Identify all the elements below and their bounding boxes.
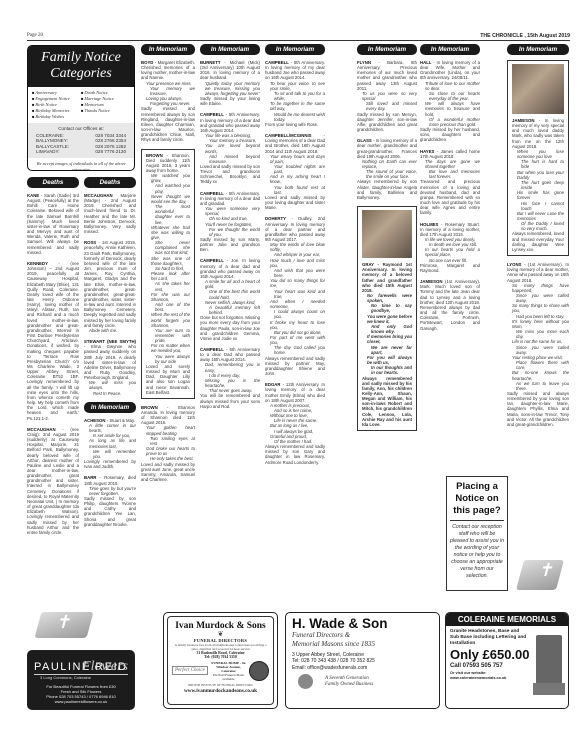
- verse-line: Your weary hours and days of pain,: [265, 154, 325, 164]
- verse-line: A beautiful memory left behind.: [200, 305, 260, 315]
- notice-signoff: Sadly missed by son Mervyn, daughter Jen…: [357, 112, 417, 133]
- verse-line: And watched you play,: [146, 183, 190, 193]
- notice-entry: HALL - In loving memory of a dear Wife, …: [420, 60, 480, 143]
- verse-line: Please look after her Lord,: [146, 271, 190, 281]
- verse-line: As long as life and memories last,: [84, 438, 136, 448]
- header-rule: [27, 40, 570, 41]
- verse-line: You did so many things for me,: [265, 278, 325, 288]
- verse-line: His face I cannot touch: [512, 201, 564, 211]
- family-notice-categories-box: Family Notice Categories AnniversaryDeat…: [27, 45, 135, 171]
- verse-line: I could always count on you.: [265, 309, 325, 319]
- notice-signoff: Gone but not forgotten. Missing you more…: [200, 315, 260, 341]
- verse-line: And one of the best.: [146, 302, 190, 312]
- notice-signoff: Sadly missed by son Philip, daughters Yv…: [84, 496, 136, 527]
- section-header-in-memoriam: In Memoriam: [265, 44, 325, 55]
- memoriam-column-4: In Memoriam BURNETT - Michael (Mick) (3r…: [200, 44, 260, 609]
- verse-line: We are never far apart,: [362, 345, 412, 355]
- deaths-column-1: Deaths KANE - Sarah (Sadie) 3rd August. …: [27, 177, 79, 541]
- memorials-title: COLERAINE MEMORIALS: [446, 613, 568, 626]
- notice-entry: ACHESON - Stuart & May.A little corner i…: [84, 418, 136, 470]
- verse-line: The day God called you home.: [265, 345, 325, 355]
- verse-line: You were someone very special,: [200, 206, 260, 216]
- verse-line: We will remember you.: [84, 449, 136, 459]
- notice-signoff: You will be remembered and always missed…: [200, 393, 260, 408]
- notice-entry: KANE - Sarah (Sadie) 3rd August. (Peacef…: [27, 193, 79, 255]
- headstone-base-image: [533, 683, 565, 695]
- notice-entry: JAMIESON (1st Anniversary). Mark. Much l…: [420, 279, 480, 331]
- jamieson-memorial-box: JAMIESON - In loving memory of my very s…: [507, 60, 569, 256]
- notice-entry: BROWN - Shannon Amanda. In loving memory…: [141, 405, 195, 482]
- verse-line: God broke our hearts to prove to us: [141, 446, 195, 456]
- verse-line: Nothing on Earth can ever replace,: [357, 159, 417, 169]
- category-list: AnniversaryDeath NoticeEngagement Notice…: [28, 87, 134, 123]
- memoriam-column-3: In Memoriam BOYD - Margaret Elizabeth. C…: [141, 44, 195, 609]
- flowers-script: Flowers: [82, 659, 128, 675]
- verse-line: A little corner in our hearts,: [84, 423, 136, 433]
- verse-line: For we thought the world of you.: [200, 227, 260, 237]
- memorial-photo: [362, 210, 412, 258]
- verse-line: Tribute of love to our mother so dear.: [420, 81, 480, 91]
- placing-notice-box: Placing a Notice on this page? Contact o…: [446, 476, 508, 591]
- verse-line: His smile has gone forever: [512, 190, 564, 200]
- verse-line: Of the Daddy I loved so very much.: [512, 221, 564, 231]
- verse-line: For she was our Shannon,: [146, 292, 190, 302]
- section-header-in-memoriam: In Memoriam: [200, 44, 260, 55]
- verse-line: For part of me went with you,: [265, 335, 325, 345]
- deaths-column-2: Deaths MCCAUGHAN Marjorie (Madge) - 2nd …: [84, 177, 136, 647]
- verse-line: Of a wonderful mother more precious than…: [420, 117, 480, 127]
- images-accepted-note: We accept images of individuals in all o…: [28, 158, 134, 171]
- verse-line: How much I love and miss you,: [265, 258, 325, 268]
- verse-line: Life is not the same for us,: [507, 339, 569, 344]
- coleraine-memorials-ad[interactable]: COLERAINE MEMORIALS Granite Headstones, …: [445, 612, 569, 709]
- notice-signoff: Primrose, Margaret and Raymond.: [420, 263, 480, 273]
- verse-line: But love and memories last forever.: [420, 169, 480, 179]
- notice-signoff: Always remembered and sadly missed by pa…: [265, 356, 325, 377]
- notice-entry: BURNETT - Michael (Mick) (3rd Anniversar…: [200, 60, 260, 106]
- categories-title: Family Notice Categories: [28, 46, 134, 87]
- notice-entry: CAMPBELL - 5th Anniversary. In loving me…: [265, 60, 325, 127]
- notice-entry: LYONS - (1st Anniversary). In loving mem…: [507, 262, 569, 427]
- verse-line: Abide with me.: [84, 328, 136, 333]
- verse-line: For no matter when we needed you,: [146, 343, 190, 353]
- notice-entry: STEWART (NEE SMYTH) - Elma Gwynne who pa…: [84, 339, 136, 396]
- verse-line: You were always by our side: [146, 354, 190, 364]
- publication-dateline: THE CHRONICLE , 15th August 2019: [480, 33, 570, 39]
- notice-entry: CAMPBELL - 5th Anniversary. In loving me…: [200, 191, 260, 253]
- notice-signoff: From your loving wife Rose.: [265, 122, 325, 127]
- wade-email[interactable]: Email: office@wadesfunerals.com: [292, 665, 433, 671]
- verse-line: In our hearts you hold a special place,: [420, 247, 480, 257]
- notice-signoff: Sadly missed and always remembered by yo…: [507, 391, 569, 427]
- ornament-icon: ❦: [168, 631, 273, 638]
- verse-line: We miss you more each day,: [507, 329, 569, 339]
- verse-line: It broke my heart to lose you,: [265, 320, 325, 330]
- category-item: Thanks Notice: [81, 108, 130, 114]
- section-header-in-memoriam: In Memoriam: [84, 402, 136, 413]
- gray-memorial-box: GRAY - Raymond 1st Anniversary. In lovin…: [357, 206, 417, 431]
- verse-line: 'Quietly today your memory we treasure, …: [200, 81, 260, 96]
- verse-line: And whisper in your ear,: [265, 252, 325, 257]
- memoriam-column-7: In Memoriam HALL - In loving memory of a…: [420, 44, 480, 474]
- notice-signoff: Always remembered by son Alister, daught…: [357, 179, 417, 200]
- verse-line: It's lonely here without you Mum,: [507, 319, 569, 329]
- verse-line: The hurt goes deep inside: [512, 180, 564, 190]
- verse-line: Missing you is the heartache,: [200, 378, 260, 388]
- notice-entry: CAMPBELL - 5th Anniversary. In loving me…: [200, 112, 260, 184]
- verse-line: Still loved and missed every day.: [357, 101, 417, 111]
- verse-line: So close to our hearts everyday of the y…: [420, 91, 480, 101]
- notice-signoff: Lovingly remembered by Ivan and Judith.: [84, 459, 136, 469]
- bible-illustration: [516, 560, 564, 590]
- verse-line: She never complained she was not that ki…: [146, 240, 190, 255]
- verse-line: Your heart was kind and true,: [265, 289, 325, 299]
- verse-line: No time to say goodbye,: [362, 303, 412, 313]
- verse-line: But no-one knows the heartache,: [507, 370, 569, 380]
- notice-signoff: Always remembered, loved and missed ever…: [512, 231, 564, 252]
- verse-line: Two smiling eyes at rest: [141, 436, 195, 446]
- verse-line: Your troubled nights are past,: [265, 164, 325, 174]
- verse-line: She was one of those daughters,: [146, 256, 190, 266]
- section-header-in-memoriam: In Memoriam: [357, 44, 417, 55]
- wade-seal-icon: [298, 674, 313, 689]
- murdock-website[interactable]: www.ivanmurdockandsons.co.uk: [168, 688, 273, 694]
- verse-line: To be together in the same old way,: [265, 101, 325, 111]
- notice-signoff: Sadly missed by son Marty, partner Julie…: [200, 237, 260, 252]
- memoriam-column-5: In Memoriam CAMPBELL - 5th Anniversary. …: [265, 44, 325, 609]
- verse-line: One of the best this world could hold,: [200, 289, 260, 299]
- notice-entry: KENNEDY - (nee Johnston) – 2nd August 20…: [27, 261, 79, 421]
- section-header-in-memoriam: In Memoriam: [141, 44, 195, 55]
- verse-line: When the rest of the world forgets you S…: [146, 312, 190, 327]
- verse-line: You are loved beyond words,: [200, 143, 260, 153]
- verse-line: As she takes her rest,: [146, 281, 190, 291]
- notice-signoff: Loved and sadly missed by your loving da…: [265, 195, 325, 210]
- bifd-seal-icon: [249, 661, 269, 681]
- verse-line: Whatever she had she was willing to give…: [146, 225, 190, 240]
- verse-line: To us you were so very special: [357, 91, 417, 101]
- verse-line: Since you were called away,: [507, 293, 569, 303]
- verse-line: Your memory we treasure,: [141, 86, 195, 96]
- verse-line: The days are gone we shared together: [420, 159, 480, 169]
- notice-entry: CAMPBELL/MCGINNIS - Loving memories of a…: [265, 133, 325, 210]
- notice-entry: BOYD - Margaret Elizabeth. Cherished mem…: [141, 60, 195, 143]
- verse-line: To hear your voice, to see your smile,: [265, 81, 325, 91]
- office-phone: 028 7776 2130: [95, 149, 126, 155]
- verse-line: He only takes the best.: [141, 456, 195, 461]
- notice-entry: MCCAUGHAN Marjorie (Madge) - 2nd August …: [84, 193, 136, 234]
- verse-line: Since you were called away.: [507, 345, 569, 355]
- notice-signoff: Sadly missed by her husband, sons, daugh…: [420, 127, 480, 142]
- notice-signoff: Sadly missed by your loving wife Elaine.: [200, 96, 260, 106]
- verse-line: Place flowers there with care,: [507, 360, 569, 370]
- verse-line: The most wonderful daughter ever to live…: [146, 204, 190, 225]
- section-header-in-memoriam: In Memoriam: [507, 44, 569, 55]
- brown-memorial-box: BROWN - Shannon. Died suddenly 11th Augu…: [141, 149, 195, 399]
- verse-line: So many things have happened,: [507, 283, 569, 293]
- verse-line: Dad, remembering you is easy,: [200, 362, 260, 372]
- category-item: Birthday Wishes: [32, 114, 81, 120]
- notice-signoff: Loved and sadly missed by great aunt Jun…: [141, 462, 195, 483]
- notice-signoff: Always remembered and sadly missed by hi…: [362, 376, 412, 428]
- verse-line: And when I needed someone,: [265, 299, 325, 309]
- notice-entry: EDGAR - 12th Anniversary. In loving memo…: [265, 382, 325, 465]
- section-header-deaths: Deaths: [84, 177, 136, 188]
- headstone-image: [536, 635, 562, 689]
- section-header-in-memoriam: In Memoriam: [420, 44, 480, 55]
- notice-entry: HOLMES - Rosemary Stuart. In memory of a…: [420, 222, 480, 274]
- notice-entry: FLYNN - Barbara. 8th Anniversary. Precio…: [357, 60, 417, 132]
- notice-entry: HAYES - James called home 17th August 20…: [420, 149, 480, 216]
- verse-line: If memories bring you closer,: [362, 334, 412, 344]
- wade-name: H. Wade & Son: [292, 617, 433, 631]
- memoriam-column-8: In Memoriam JAMIESON - In loving memory …: [507, 44, 569, 604]
- verse-line: To sit and talk to you for a while,: [265, 91, 325, 101]
- funeral-director-name: Ivan Murdock & Sons: [168, 617, 273, 631]
- h-wade-son-ad[interactable]: H. Wade & Son Funeral Directors & Memori…: [285, 612, 440, 709]
- verse-line: And in my aching heart I know,: [265, 174, 325, 184]
- notice-entry: CAMPBELL - Joe. In loving memory of a de…: [200, 258, 260, 341]
- notice-entry: MCCAUGHAN - (nee Craig): 2nd August 2019…: [27, 427, 79, 535]
- notice-entry: GLASS - In loving memory of a dear mothe…: [357, 138, 417, 200]
- verse-line: And missed beyond measure.: [200, 154, 260, 164]
- florist-website[interactable]: www.paulinereidflowers.co.uk: [28, 699, 134, 704]
- verse-line: No farewells were spoken,: [362, 293, 412, 303]
- memorial-photo: [512, 64, 564, 114]
- notice-entry: CAMPBELL - 5th Anniversary to a dear Dad…: [200, 347, 260, 409]
- office-contacts: Contact our Offices at: COLERAINE:028 70…: [28, 123, 134, 158]
- verse-line: We will miss you always.: [84, 380, 136, 390]
- memoriam-column-6: In Memoriam FLYNN - Barbara. 8th Anniver…: [357, 44, 417, 609]
- notice-signoff: Sadly missed and remembered always by so…: [141, 106, 195, 142]
- verse-line: For you will always be with us,: [362, 355, 412, 365]
- verse-line: We watched you grow,: [146, 173, 190, 183]
- verse-line: May the winds of love blow softly,: [265, 242, 325, 252]
- verse-line: You both found rest at last.: [265, 185, 325, 195]
- notice-signoff: Loved and sadly missed by son Trevor and…: [200, 164, 260, 185]
- verse-line: So many things to share with you,: [507, 303, 569, 313]
- notice-signoff: Always remembered and sadly missed by so…: [265, 444, 325, 465]
- verse-line: But when you lose your Daddy: [512, 170, 564, 180]
- verse-line: The hurt is hard to hide: [512, 159, 564, 169]
- verse-line: You'll never be forgotten,: [200, 222, 260, 227]
- office-row: LIMAVADY:028 7776 2130: [36, 149, 126, 155]
- verse-line: Never thought we would see the day,: [146, 194, 190, 204]
- verse-line: When you lose someone you love: [512, 149, 564, 159]
- verse-line: We will always have memories to treasure…: [420, 101, 480, 116]
- verse-line: In our thoughts and in our hearts.: [362, 365, 412, 375]
- verse-line: And only God knows why.: [362, 324, 412, 334]
- verse-line: But I will never Lose the memories: [512, 211, 564, 221]
- notice-entry: DOHERTY - Dudley. 2nd Anniversary. In lo…: [265, 216, 325, 376]
- verse-line: Rest In Peace.: [84, 391, 136, 396]
- pauline-reid-flowers-ad[interactable]: PAULINE REID Flowers 3 Long Commons, Col…: [27, 650, 135, 710]
- verse-line: You were gone before we knew it,: [362, 314, 412, 324]
- verse-line: The sound of your voice, the smile on yo…: [357, 169, 417, 179]
- perfect-choice-logo: Perfect Choice: [172, 666, 208, 675]
- section-header-deaths: Deaths: [27, 177, 79, 188]
- verse-line: You are ours to remember with pride,: [146, 328, 190, 343]
- ivan-murdock-ad[interactable]: Ivan Murdock & Sons ❦ FUNERAL DIRECTORS …: [163, 612, 278, 709]
- verse-line: And wish that you were here.: [265, 268, 325, 278]
- notice-entry: BARR - Rosemary, died 18th August 2015.T…: [84, 475, 136, 527]
- notice-signoff: Treasured and precious memories of a lov…: [420, 179, 480, 215]
- verse-line: A smile for all and a heart of gold,: [200, 279, 260, 289]
- verse-line: As we turn to leave you there.: [507, 381, 569, 391]
- page-number: Page 20: [27, 33, 43, 38]
- notice-signoff: Loved and sorely missed by Mum and Dad, …: [146, 364, 190, 395]
- notice-entry: ROSS - 1st August 2019, peacefully, Anni…: [84, 240, 136, 333]
- verse-line: Would be me dearest wish today.: [265, 112, 325, 122]
- verse-line: Time goes by but you're never forgotten.: [84, 486, 136, 496]
- verse-line: Your golden heart stopped beating: [141, 425, 195, 435]
